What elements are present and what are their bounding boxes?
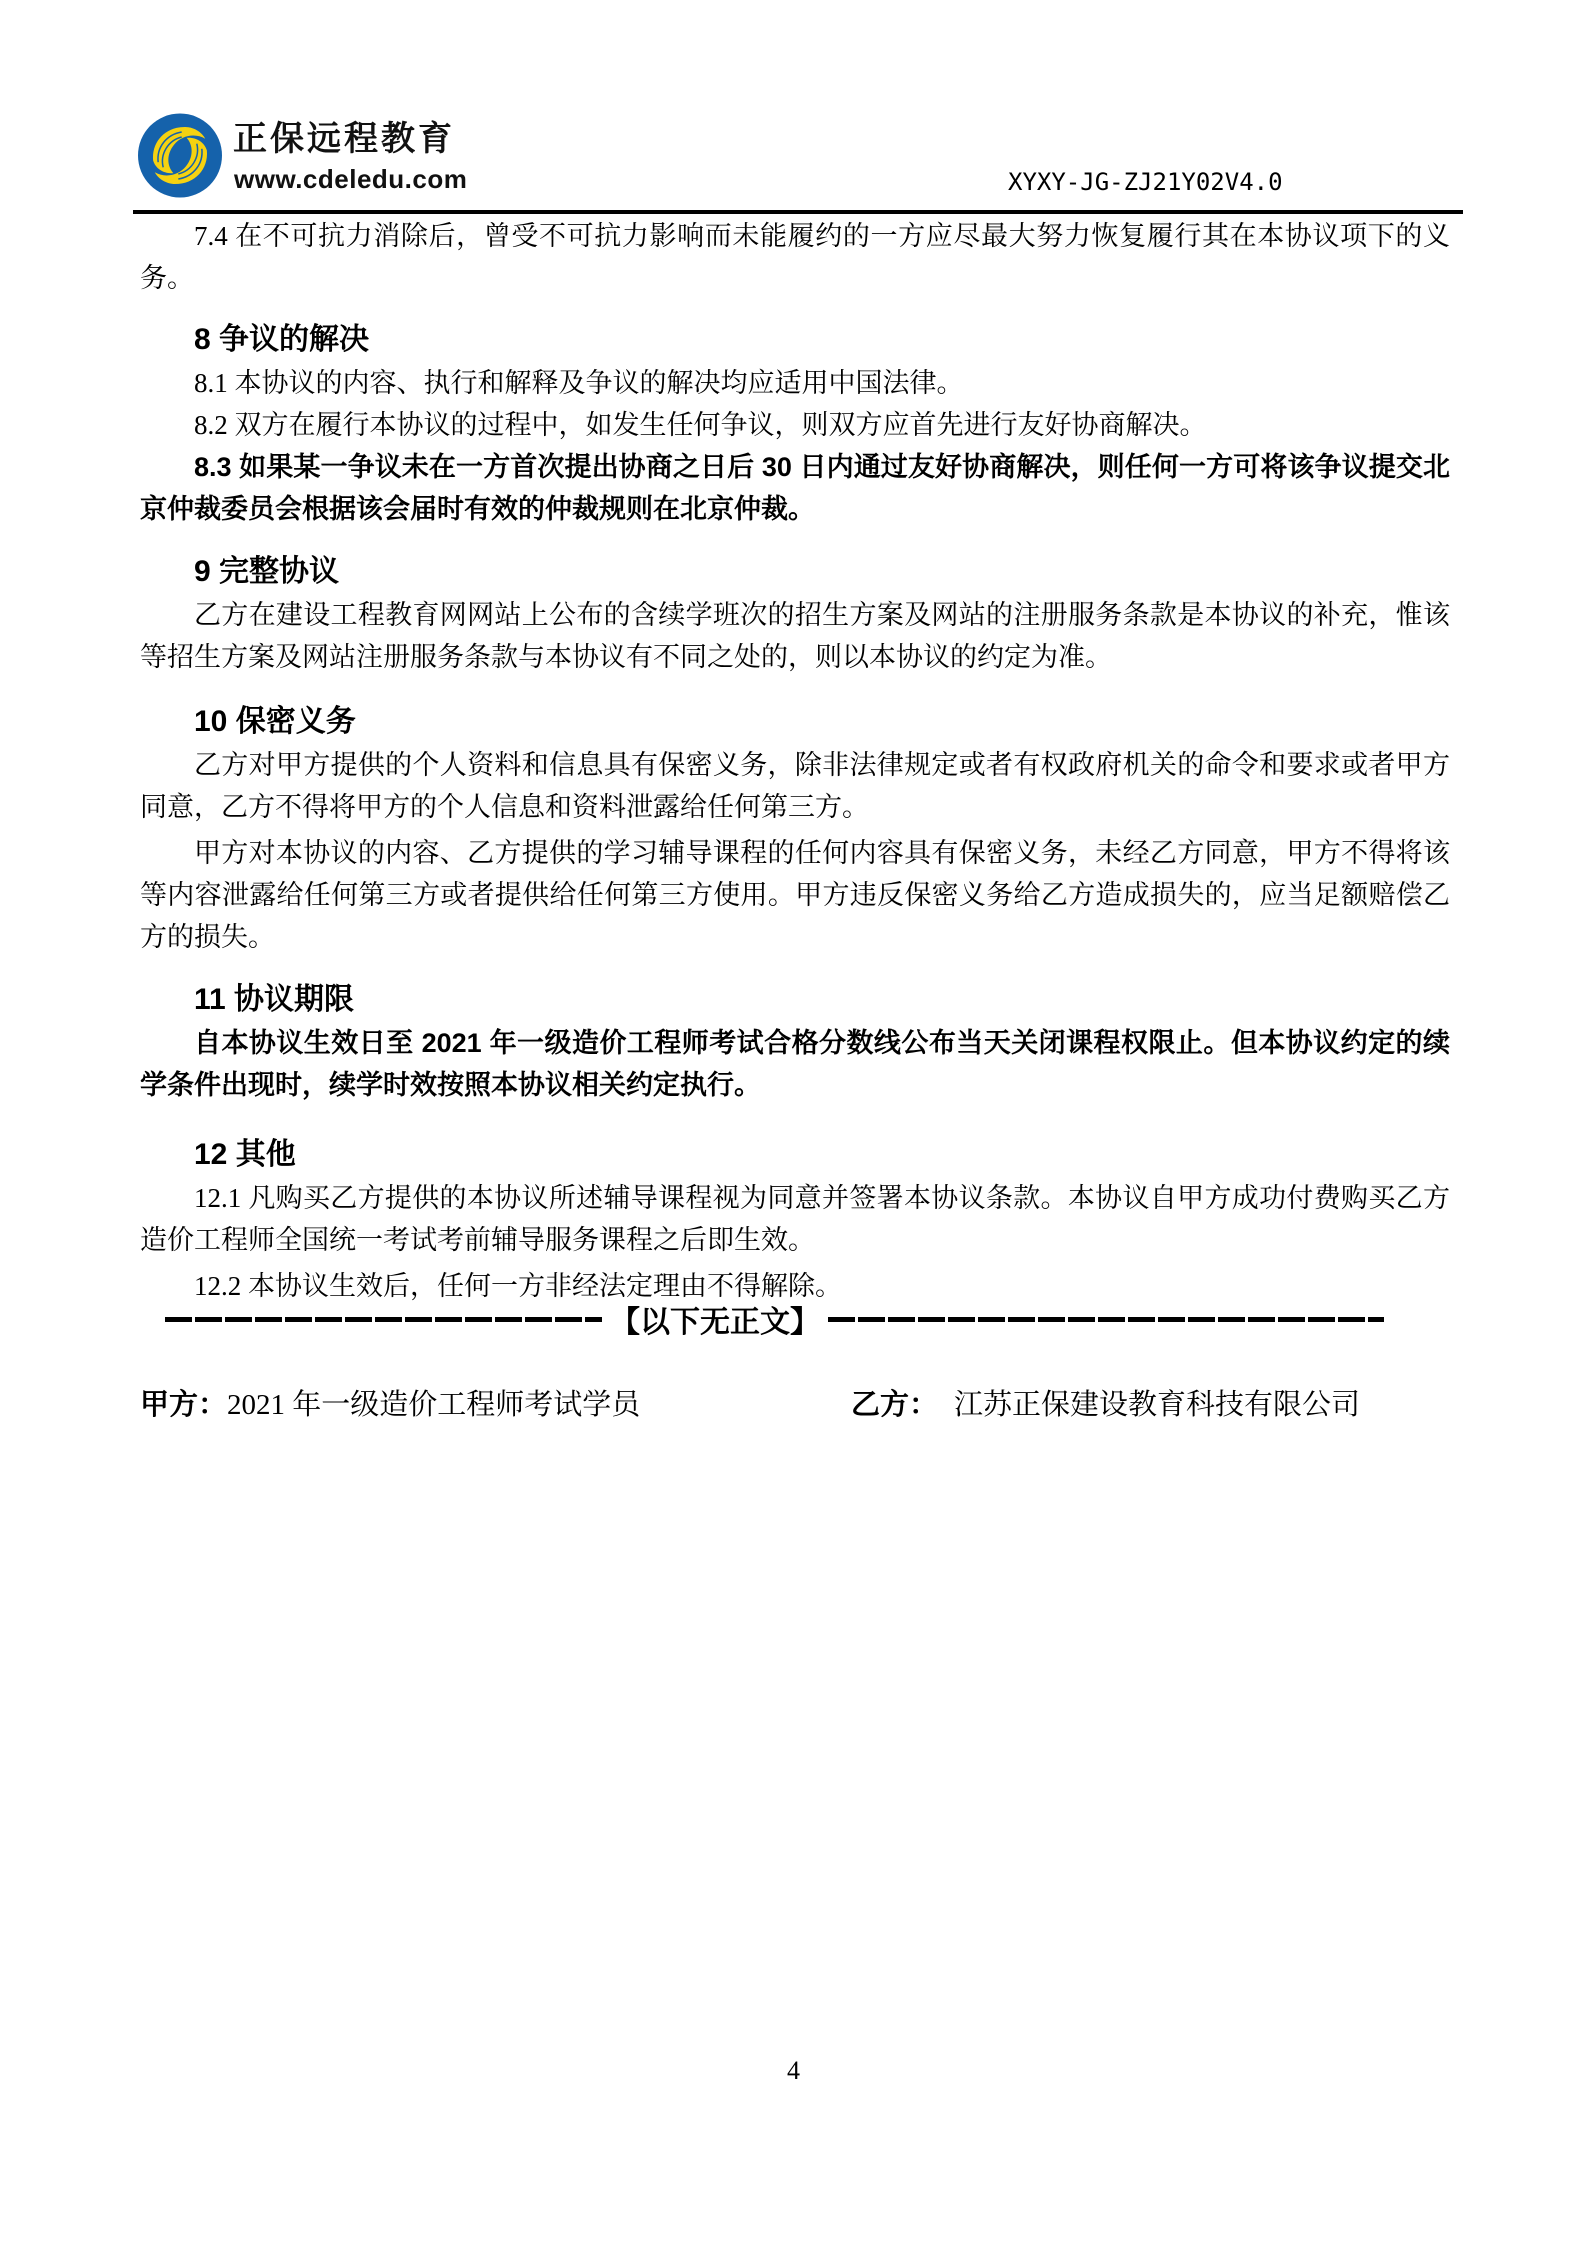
swirl-logo-icon: [138, 113, 222, 198]
brand-name: 正保远程教育: [233, 120, 455, 158]
clause-8-3: 8.3 如果某一争议未在一方首次提出协商之日后 30 日内通过友好协商解决，则任…: [140, 446, 1450, 530]
divider-dashes-right: [828, 1317, 1384, 1322]
party-b-value: 江苏正保建设教育科技有限公司: [954, 1389, 1360, 1421]
section-10-heading: 10 保密义务: [140, 700, 1450, 744]
clause-9-body: 乙方在建设工程教育网网站上公布的含续学班次的招生方案及网站的注册服务条款是本协议…: [140, 594, 1450, 678]
clause-10-para-2: 甲方对本协议的内容、乙方提供的学习辅导课程的任何内容具有保密义务，未经乙方同意，…: [140, 832, 1450, 958]
clause-8-2: 8.2 双方在履行本协议的过程中，如发生任何争议，则双方应首先进行友好协商解决。: [140, 404, 1450, 446]
party-b-label: 乙方：: [851, 1389, 938, 1421]
page-number: 4: [0, 2052, 1587, 2090]
clause-10-para-1: 乙方对甲方提供的个人资料和信息具有保密义务，除非法律规定或者有权政府机关的命令和…: [140, 744, 1450, 828]
end-of-text-label: 【以下无正文】: [602, 1297, 828, 1341]
clause-11-body: 自本协议生效日至 2021 年一级造价工程师考试合格分数线公布当天关闭课程权限止…: [140, 1022, 1450, 1106]
divider-dashes-left: [165, 1317, 602, 1322]
clause-8-1: 8.1 本协议的内容、执行和解释及争议的解决均应适用中国法律。: [140, 362, 1450, 404]
contract-page: 正保远程教育 www.cdeledu.com XYXY-JG-ZJ21Y02V4…: [0, 0, 1587, 2245]
section-12-heading: 12 其他: [140, 1133, 1450, 1177]
clause-7-4: 7.4 在不可抗力消除后，曾受不可抗力影响而未能履约的一方应尽最大努力恢复履行其…: [140, 215, 1450, 299]
party-a-signature: 甲方：2021 年一级造价工程师考试学员: [140, 1383, 640, 1427]
section-9-heading: 9 完整协议: [140, 550, 1450, 594]
contract-body: 7.4 在不可抗力消除后，曾受不可抗力影响而未能履约的一方应尽最大努力恢复履行其…: [140, 211, 1450, 1427]
party-a-label: 甲方：: [140, 1389, 227, 1421]
party-a-value: 2021 年一级造价工程师考试学员: [227, 1389, 640, 1421]
brand-logo-icon: [138, 113, 222, 198]
document-code: XYXY-JG-ZJ21Y02V4.0: [1008, 168, 1283, 196]
section-11-heading: 11 协议期限: [140, 978, 1450, 1022]
section-8-heading: 8 争议的解决: [140, 318, 1450, 362]
clause-12-1: 12.1 凡购买乙方提供的本协议所述辅导课程视为同意并签署本协议条款。本协议自甲…: [140, 1177, 1450, 1261]
signature-row: 甲方：2021 年一级造价工程师考试学员 乙方：江苏正保建设教育科技有限公司: [140, 1383, 1450, 1427]
brand-website: www.cdeledu.com: [234, 164, 467, 194]
party-b-signature: 乙方：江苏正保建设教育科技有限公司: [851, 1383, 1360, 1427]
